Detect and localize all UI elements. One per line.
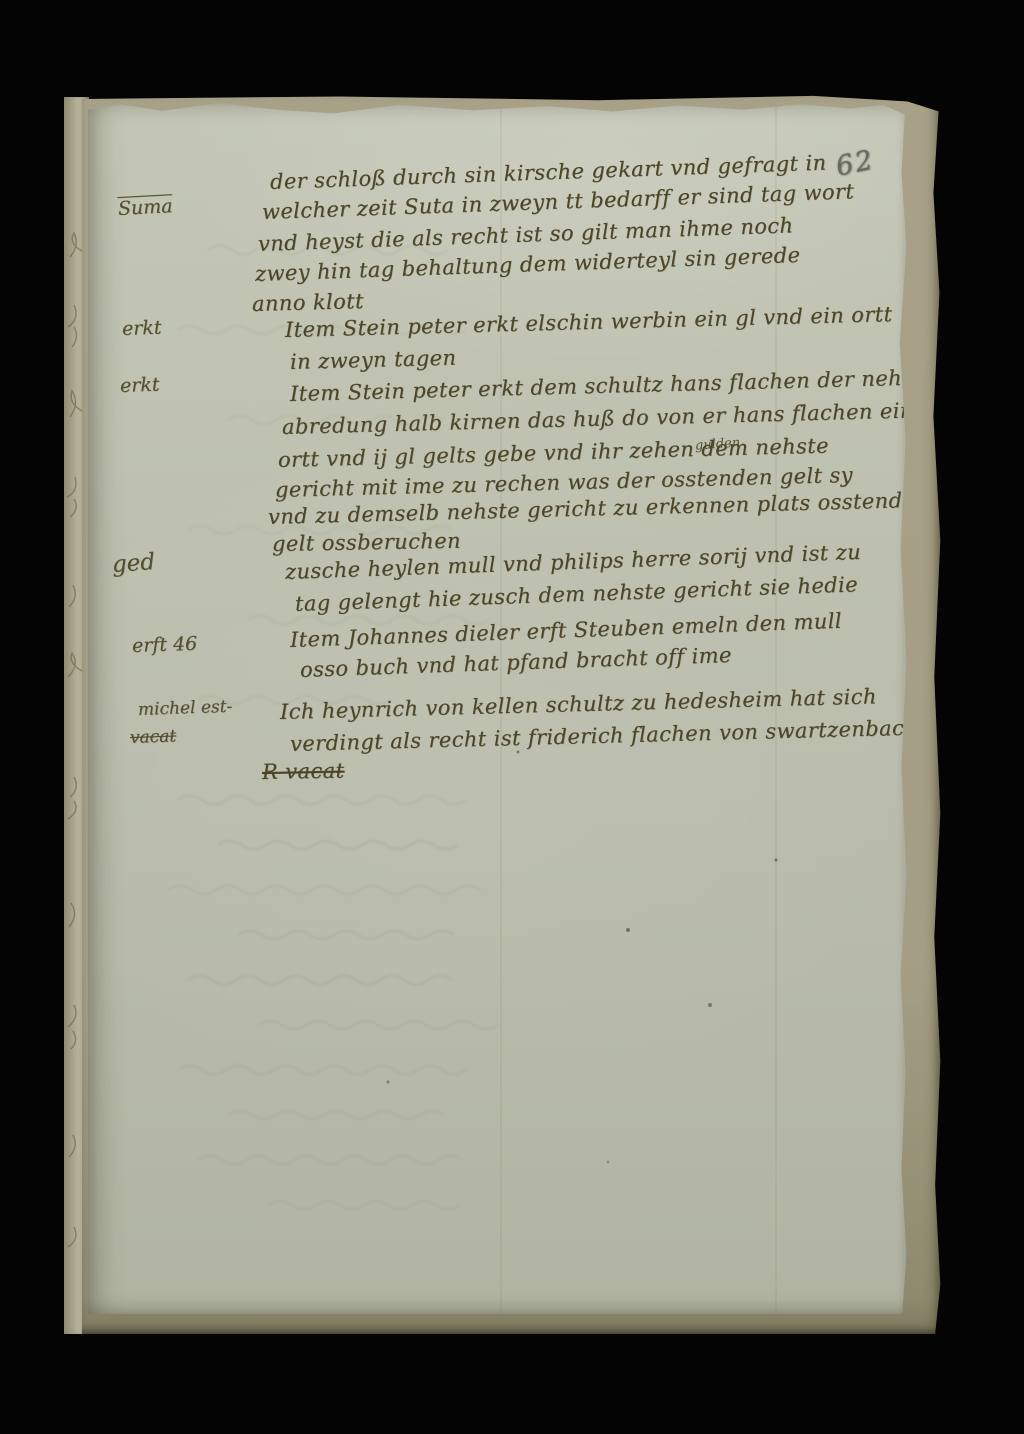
manuscript-page: 62 Suma der schloß durch sin kirsche gek… [88, 100, 908, 1314]
margin-note-vacat: vacat [130, 726, 177, 748]
text-line: anno klott [252, 289, 364, 316]
margin-note-erkt: erkt [120, 374, 160, 397]
margin-note-ged: ged [111, 549, 156, 578]
fragment-strokes [67, 233, 82, 1247]
margin-note-erkt: erkt [122, 317, 162, 340]
text-line: verdingt als recht ist friderich flachen… [290, 716, 919, 756]
text-line: gelt ossberuchen [272, 529, 461, 556]
margin-note-michel: michel est- [138, 697, 233, 720]
text-line: in zweyn tagen [290, 346, 457, 374]
margin-note-erft-46: erft 46 [132, 633, 198, 657]
archival-scan: 62 Suma der schloß durch sin kirsche gek… [0, 0, 1024, 1434]
margin-note-suma: Suma [117, 195, 173, 220]
ink-specks [387, 751, 778, 1164]
text-line: Item Stein peter erkt elschin werbin ein… [285, 302, 893, 342]
folio-number: 62 [833, 144, 877, 182]
text-line: Item Johannes dieler erft Steuben emeln … [290, 609, 843, 652]
text-line-vacat: R vacat [262, 759, 345, 784]
